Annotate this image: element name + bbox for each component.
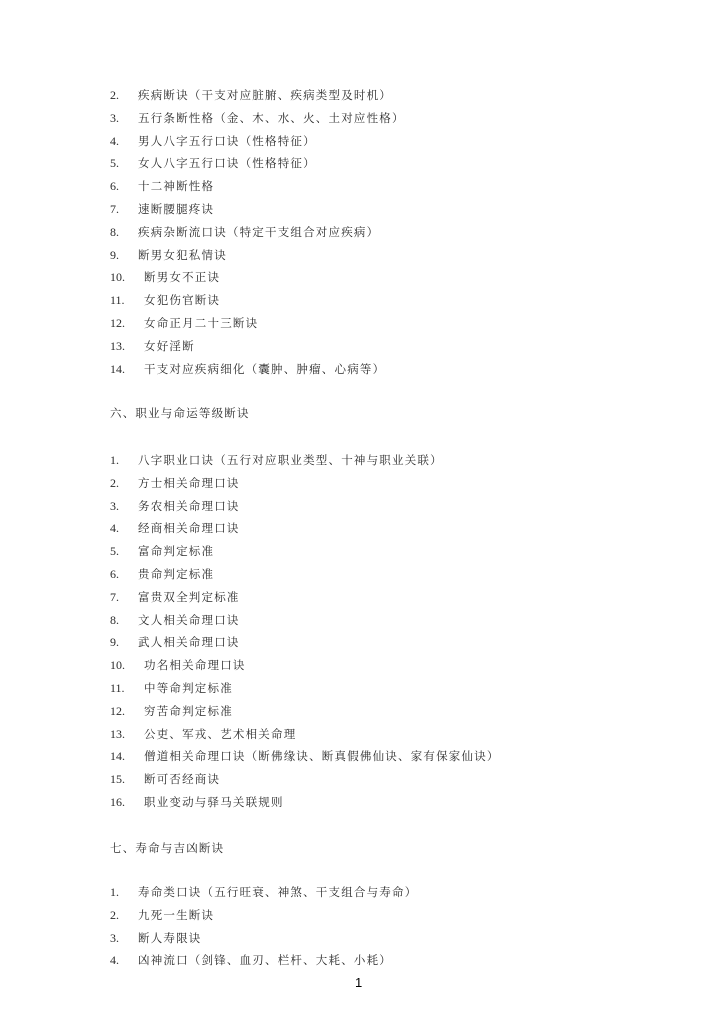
list-item: 5.女人八字五行口诀（性格特征） xyxy=(110,152,405,175)
item-text: 断男女不正诀 xyxy=(144,266,220,289)
list-item: 2.方士相关命理口诀 xyxy=(110,472,500,495)
list-item: 13.公吏、军戎、艺术相关命理 xyxy=(110,723,500,746)
item-text: 中等命判定标准 xyxy=(144,677,233,700)
list-item: 12.女命正月二十三断诀 xyxy=(110,312,405,335)
item-number: 6. xyxy=(110,175,138,198)
item-number: 12. xyxy=(110,312,144,335)
list-item: 11.中等命判定标准 xyxy=(110,677,500,700)
section5-list: 2.疾病断诀（干支对应脏腑、疾病类型及时机） 3.五行条断性格（金、木、水、火、… xyxy=(110,84,405,380)
item-number: 2. xyxy=(110,904,138,927)
section-heading-longevity: 七、寿命与吉凶断诀 xyxy=(110,838,224,858)
item-text: 公吏、军戎、艺术相关命理 xyxy=(144,723,296,746)
page-number: 1 xyxy=(355,975,362,990)
item-number: 2. xyxy=(110,84,138,107)
list-item: 7.速断腰腿疼诀 xyxy=(110,198,405,221)
list-item: 4.经商相关命理口诀 xyxy=(110,517,500,540)
item-text: 疾病杂断流口诀（特定干支组合对应疾病） xyxy=(138,221,379,244)
item-number: 14. xyxy=(110,358,144,381)
item-number: 16. xyxy=(110,791,144,814)
list-item: 3.五行条断性格（金、木、水、火、土对应性格） xyxy=(110,107,405,130)
list-item: 6.十二神断性格 xyxy=(110,175,405,198)
item-text: 断男女犯私情诀 xyxy=(138,244,227,267)
item-text: 凶神流口（剑锋、血刃、栏杆、大耗、小耗） xyxy=(138,949,392,972)
item-text: 断可否经商诀 xyxy=(144,768,220,791)
list-item: 3.务农相关命理口诀 xyxy=(110,495,500,518)
list-item: 2.疾病断诀（干支对应脏腑、疾病类型及时机） xyxy=(110,84,405,107)
item-text: 务农相关命理口诀 xyxy=(138,495,240,518)
item-text: 九死一生断诀 xyxy=(138,904,214,927)
item-text: 方士相关命理口诀 xyxy=(138,472,240,495)
list-item: 16.职业变动与驿马关联规则 xyxy=(110,791,500,814)
item-text: 贵命判定标准 xyxy=(138,563,214,586)
list-item: 8.文人相关命理口诀 xyxy=(110,609,500,632)
list-item: 4.男人八字五行口诀（性格特征） xyxy=(110,130,405,153)
item-text: 断人寿限诀 xyxy=(138,927,202,950)
list-item: 1.寿命类口诀（五行旺衰、神煞、干支组合与寿命） xyxy=(110,881,417,904)
item-text: 十二神断性格 xyxy=(138,175,214,198)
item-number: 11. xyxy=(110,677,144,700)
document-page: 2.疾病断诀（干支对应脏腑、疾病类型及时机） 3.五行条断性格（金、木、水、火、… xyxy=(0,0,724,1024)
list-item: 11.女犯伤官断诀 xyxy=(110,289,405,312)
item-number: 4. xyxy=(110,517,138,540)
item-text: 富贵双全判定标准 xyxy=(138,586,240,609)
item-text: 五行条断性格（金、木、水、火、土对应性格） xyxy=(138,107,405,130)
item-text: 经商相关命理口诀 xyxy=(138,517,240,540)
item-text: 寿命类口诀（五行旺衰、神煞、干支组合与寿命） xyxy=(138,881,417,904)
list-item: 1.八字职业口诀（五行对应职业类型、十神与职业关联） xyxy=(110,449,500,472)
item-number: 10. xyxy=(110,266,144,289)
list-item: 4.凶神流口（剑锋、血刃、栏杆、大耗、小耗） xyxy=(110,949,417,972)
item-number: 13. xyxy=(110,723,144,746)
item-number: 4. xyxy=(110,949,138,972)
item-number: 2. xyxy=(110,472,138,495)
list-item: 5.富命判定标准 xyxy=(110,540,500,563)
item-number: 5. xyxy=(110,540,138,563)
item-number: 6. xyxy=(110,563,138,586)
list-item: 14.僧道相关命理口诀（断佛缘诀、断真假佛仙诀、家有保家仙诀） xyxy=(110,745,500,768)
item-text: 僧道相关命理口诀（断佛缘诀、断真假佛仙诀、家有保家仙诀） xyxy=(144,745,500,768)
list-item: 10.断男女不正诀 xyxy=(110,266,405,289)
list-item: 9.武人相关命理口诀 xyxy=(110,631,500,654)
list-item: 12.穷苦命判定标准 xyxy=(110,700,500,723)
item-text: 职业变动与驿马关联规则 xyxy=(144,791,284,814)
item-number: 14. xyxy=(110,745,144,768)
list-item: 6.贵命判定标准 xyxy=(110,563,500,586)
item-text: 女命正月二十三断诀 xyxy=(144,312,258,335)
list-item: 14.干支对应疾病细化（囊肿、肿瘤、心病等） xyxy=(110,358,405,381)
item-text: 男人八字五行口诀（性格特征） xyxy=(138,130,316,153)
section-heading-career: 六、职业与命运等级断诀 xyxy=(110,403,250,423)
list-item: 7.富贵双全判定标准 xyxy=(110,586,500,609)
item-number: 12. xyxy=(110,700,144,723)
list-item: 9.断男女犯私情诀 xyxy=(110,244,405,267)
item-text: 疾病断诀（干支对应脏腑、疾病类型及时机） xyxy=(138,84,392,107)
item-number: 7. xyxy=(110,198,138,221)
item-number: 1. xyxy=(110,881,138,904)
item-number: 10. xyxy=(110,654,144,677)
item-number: 1. xyxy=(110,449,138,472)
list-item: 15.断可否经商诀 xyxy=(110,768,500,791)
item-number: 3. xyxy=(110,107,138,130)
item-text: 穷苦命判定标准 xyxy=(144,700,233,723)
list-item: 8.疾病杂断流口诀（特定干支组合对应疾病） xyxy=(110,221,405,244)
item-text: 女犯伤官断诀 xyxy=(144,289,220,312)
item-text: 女好淫断 xyxy=(144,335,195,358)
item-number: 3. xyxy=(110,495,138,518)
item-number: 9. xyxy=(110,631,138,654)
list-item: 10.功名相关命理口诀 xyxy=(110,654,500,677)
list-item: 13.女好淫断 xyxy=(110,335,405,358)
list-item: 3.断人寿限诀 xyxy=(110,927,417,950)
item-text: 八字职业口诀（五行对应职业类型、十神与职业关联） xyxy=(138,449,443,472)
item-text: 干支对应疾病细化（囊肿、肿瘤、心病等） xyxy=(144,358,385,381)
item-text: 武人相关命理口诀 xyxy=(138,631,240,654)
item-text: 功名相关命理口诀 xyxy=(144,654,246,677)
item-number: 8. xyxy=(110,221,138,244)
item-number: 5. xyxy=(110,152,138,175)
item-text: 速断腰腿疼诀 xyxy=(138,198,214,221)
item-number: 4. xyxy=(110,130,138,153)
item-number: 13. xyxy=(110,335,144,358)
item-number: 3. xyxy=(110,927,138,950)
item-text: 女人八字五行口诀（性格特征） xyxy=(138,152,316,175)
list-item: 2.九死一生断诀 xyxy=(110,904,417,927)
item-text: 富命判定标准 xyxy=(138,540,214,563)
section6-list: 1.八字职业口诀（五行对应职业类型、十神与职业关联） 2.方士相关命理口诀 3.… xyxy=(110,449,500,814)
section7-list: 1.寿命类口诀（五行旺衰、神煞、干支组合与寿命） 2.九死一生断诀 3.断人寿限… xyxy=(110,881,417,972)
item-number: 7. xyxy=(110,586,138,609)
item-number: 8. xyxy=(110,609,138,632)
item-text: 文人相关命理口诀 xyxy=(138,609,240,632)
item-number: 15. xyxy=(110,768,144,791)
item-number: 11. xyxy=(110,289,144,312)
item-number: 9. xyxy=(110,244,138,267)
